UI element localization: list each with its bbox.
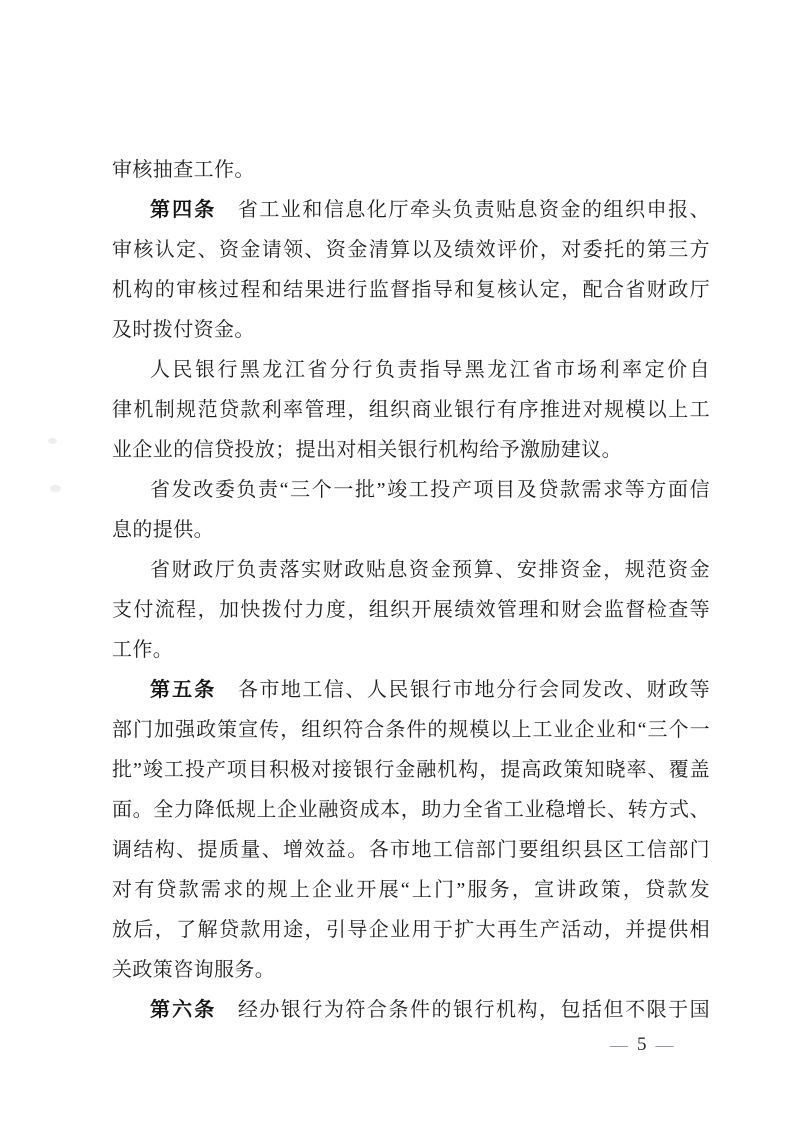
page-number-dash-right: —	[656, 1030, 674, 1060]
text-line: 支付流程，加快拨付力度，组织开展绩效管理和财会监督检查等	[112, 590, 710, 630]
page-number-value: 5	[637, 1030, 647, 1060]
text-line: 工作。	[112, 630, 710, 670]
article-number: 第四条	[150, 199, 216, 221]
scan-artifact	[48, 438, 57, 444]
text-line: 放后，了解贷款用途，引导企业用于扩大再生产活动，并提供相	[112, 910, 710, 950]
text-line: 省财政厅负责落实财政贴息资金预算、安排资金，规范资金	[112, 550, 710, 590]
text-line: 审核抽查工作。	[112, 150, 710, 190]
text-line: 第六条 经办银行为符合条件的银行机构，包括但不限于国	[112, 990, 710, 1030]
text-line: 机构的审核过程和结果进行监督指导和复核认定，配合省财政厅	[112, 270, 710, 310]
page-number: — 5 —	[610, 1030, 700, 1060]
text-line: 人民银行黑龙江省分行负责指导黑龙江省市场利率定价自	[112, 350, 710, 390]
document-page: 审核抽查工作。第四条 省工业和信息化厅牵头负责贴息资金的组织申报、审核认定、资金…	[0, 0, 793, 1121]
text-line: 面。全力降低规上企业融资成本，助力全省工业稳增长、转方式、	[112, 790, 710, 830]
document-lines: 审核抽查工作。第四条 省工业和信息化厅牵头负责贴息资金的组织申报、审核认定、资金…	[112, 150, 710, 1030]
text-line: 批”竣工投产项目积极对接银行金融机构，提高政策知晓率、覆盖	[112, 750, 710, 790]
text-line: 调结构、提质量、增效益。各市地工信部门要组织县区工信部门	[112, 830, 710, 870]
text-line: 第五条 各市地工信、人民银行市地分行会同发改、财政等	[112, 670, 710, 710]
text-line: 律机制规范贷款利率管理，组织商业银行有序推进对规模以上工	[112, 390, 710, 430]
page-number-dash-left: —	[610, 1030, 628, 1060]
text-line: 息的提供。	[112, 510, 710, 550]
text-line: 业企业的信贷投放；提出对相关银行机构给予激励建议。	[112, 430, 710, 470]
text-line: 第四条 省工业和信息化厅牵头负责贴息资金的组织申报、	[112, 190, 710, 230]
text-line: 及时拨付资金。	[112, 310, 710, 350]
text-line: 省发改委负责“三个一批”竣工投产项目及贷款需求等方面信	[112, 470, 710, 510]
article-number: 第五条	[150, 679, 216, 701]
text-line: 关政策咨询服务。	[112, 950, 710, 990]
text-line: 对有贷款需求的规上企业开展“上门”服务，宣讲政策，贷款发	[112, 870, 710, 910]
text-line: 审核认定、资金请领、资金清算以及绩效评价，对委托的第三方	[112, 230, 710, 270]
article-number: 第六条	[150, 999, 216, 1021]
text-line: 部门加强政策宣传，组织符合条件的规模以上工业企业和“三个一	[112, 710, 710, 750]
scan-artifact	[50, 485, 61, 492]
